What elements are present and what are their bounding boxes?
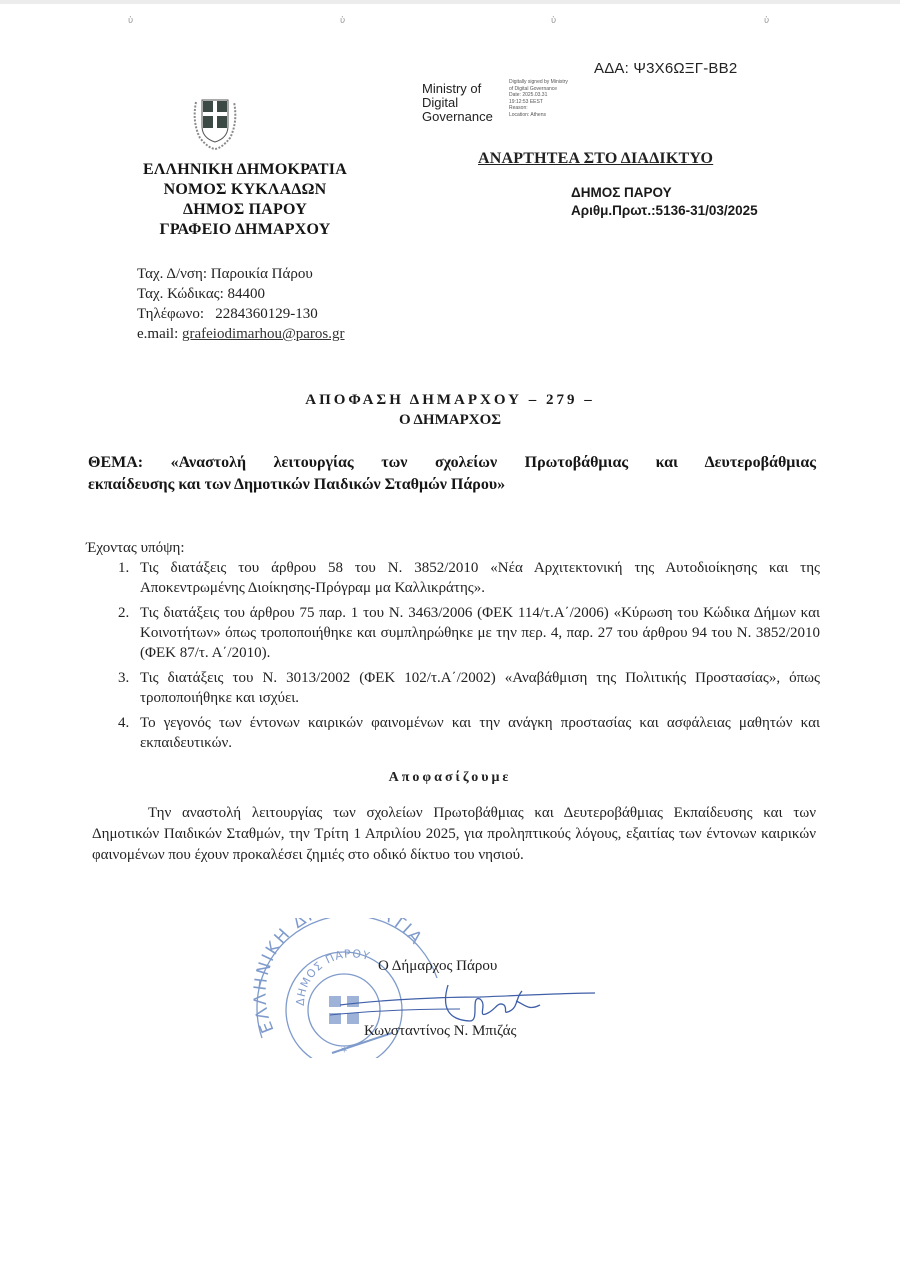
phone-label: Τηλέφωνο:	[137, 306, 204, 322]
protocol-block: ΔΗΜΟΣ ΠΑΡΟΥ Αριθμ.Πρωτ.:5136-31/03/2025	[571, 184, 758, 220]
handwritten-signature-icon	[330, 975, 600, 1030]
item-number: 3.	[118, 668, 129, 688]
ministry-label: Ministry of Digital Governance	[422, 82, 493, 124]
scan-speck: ὑ	[340, 16, 345, 26]
item-text: Τις διατάξεις του άρθρου 58 του Ν. 3852/…	[140, 560, 820, 596]
decision-text: Την αναστολή λειτουργίας των σχολείων Πρ…	[92, 803, 816, 866]
subject-line-1: ΘΕΜΑ: «Αναστολή λειτουργίας των σχολείων…	[88, 452, 816, 474]
signatory-title: Ο Δήμαρχος Πάρου	[378, 958, 497, 975]
email-row: e.mail: grafeiodimarhou@paros.gr	[137, 324, 345, 344]
ada-code: ΑΔΑ: Ψ3Χ6ΩΞΓ-ΒΒ2	[594, 60, 737, 77]
postcode-label: Ταχ. Κώδικας:	[137, 286, 224, 302]
postcode-value: 84400	[228, 286, 266, 302]
org-line: ΔΗΜΟΣ ΠΑΡΟΥ	[120, 200, 370, 220]
address-value: Παροικία Πάρου	[211, 266, 313, 282]
item-text: Τις διατάξεις του Ν. 3013/2002 (ΦΕΚ 102/…	[140, 670, 820, 706]
contact-info: Ταχ. Δ/νση: Παροικία Πάρου Ταχ. Κώδικας:…	[137, 264, 345, 344]
ministry-line: Ministry of	[422, 82, 493, 96]
item-number: 2.	[118, 603, 129, 623]
item-number: 1.	[118, 558, 129, 578]
protocol-number: Αριθμ.Πρωτ.:5136-31/03/2025	[571, 202, 758, 220]
svg-text:✶: ✶	[340, 1045, 348, 1056]
municipality-name: ΔΗΜΟΣ ΠΑΡΟΥ	[571, 184, 758, 202]
considerations-intro: Έχοντας υπόψη:	[86, 540, 185, 557]
list-item: 3.Τις διατάξεις του Ν. 3013/2002 (ΦΕΚ 10…	[110, 668, 820, 708]
postcode-row: Ταχ. Κώδικας: 84400	[137, 284, 345, 304]
issuing-organization: ΕΛΛΗΝΙΚΗ ΔΗΜΟΚΡΑΤΙΑ ΝΟΜΟΣ ΚΥΚΛΑΔΩΝ ΔΗΜΟΣ…	[120, 160, 370, 240]
item-text: Το γεγονός των έντονων καιρικών φαινομέν…	[140, 715, 820, 751]
address-label: Ταχ. Δ/νση:	[137, 266, 207, 282]
address-row: Ταχ. Δ/νση: Παροικία Πάρου	[137, 264, 345, 284]
phone-row: Τηλέφωνο: 2284360129-130	[137, 304, 345, 324]
phone-value: 2284360129-130	[215, 306, 318, 322]
ministry-line: Digital	[422, 96, 493, 110]
decision-title: ΑΠΟΦΑΣΗ ΔΗΜΑΡΧΟΥ – 279 –	[0, 392, 900, 409]
list-item: 1.Τις διατάξεις του άρθρου 58 του Ν. 385…	[110, 558, 820, 598]
scan-speck: ὑ	[128, 16, 133, 26]
subject: ΘΕΜΑ: «Αναστολή λειτουργίας των σχολείων…	[88, 452, 816, 496]
subject-text: «Αναστολή λειτουργίας των σχολείων Πρωτο…	[171, 454, 816, 471]
decision-subtitle: Ο ΔΗΜΑΡΧΟΣ	[0, 412, 900, 429]
signatory-name: Κωνσταντίνος Ν. Μπιζάς	[364, 1023, 516, 1040]
page-top-edge	[0, 0, 900, 4]
org-line: ΝΟΜΟΣ ΚΥΚΛΑΔΩΝ	[120, 180, 370, 200]
org-line: ΓΡΑΦΕΙΟ ΔΗΜΑΡΧΟΥ	[120, 220, 370, 240]
subject-label: ΘΕΜΑ:	[88, 454, 143, 471]
posting-note: ΑΝΑΡΤΗΤΕΑ ΣΤΟ ΔΙΑΔΙΚΤΥΟ	[478, 150, 713, 168]
decision-heading: Αποφασίζουμε	[0, 770, 900, 786]
org-line: ΕΛΛΗΝΙΚΗ ΔΗΜΟΚΡΑΤΙΑ	[120, 160, 370, 180]
email-label: e.mail:	[137, 326, 178, 342]
signature-meta-line: Digitally signed by Ministry	[509, 79, 568, 86]
email-link[interactable]: grafeiodimarhou@paros.gr	[182, 326, 345, 342]
considerations-list: 1.Τις διατάξεις του άρθρου 58 του Ν. 385…	[110, 558, 820, 758]
scan-speck: ὑ	[764, 16, 769, 26]
ministry-line: Governance	[422, 110, 493, 124]
signature-meta-line: Location: Athens	[509, 112, 568, 119]
subject-line-2: εκπαίδευσης και των Δημοτικών Παιδικών Σ…	[88, 476, 505, 493]
scan-speck: ὑ	[551, 16, 556, 26]
greek-coat-of-arms-icon	[190, 92, 240, 150]
list-item: 2.Τις διατάξεις του άρθρου 75 παρ. 1 του…	[110, 603, 820, 663]
digital-signature-info: Digitally signed by Ministry of Digital …	[509, 79, 568, 118]
list-item: 4.Το γεγονός των έντονων καιρικών φαινομ…	[110, 713, 820, 753]
item-text: Τις διατάξεις του άρθρου 75 παρ. 1 του Ν…	[140, 605, 820, 661]
item-number: 4.	[118, 713, 129, 733]
